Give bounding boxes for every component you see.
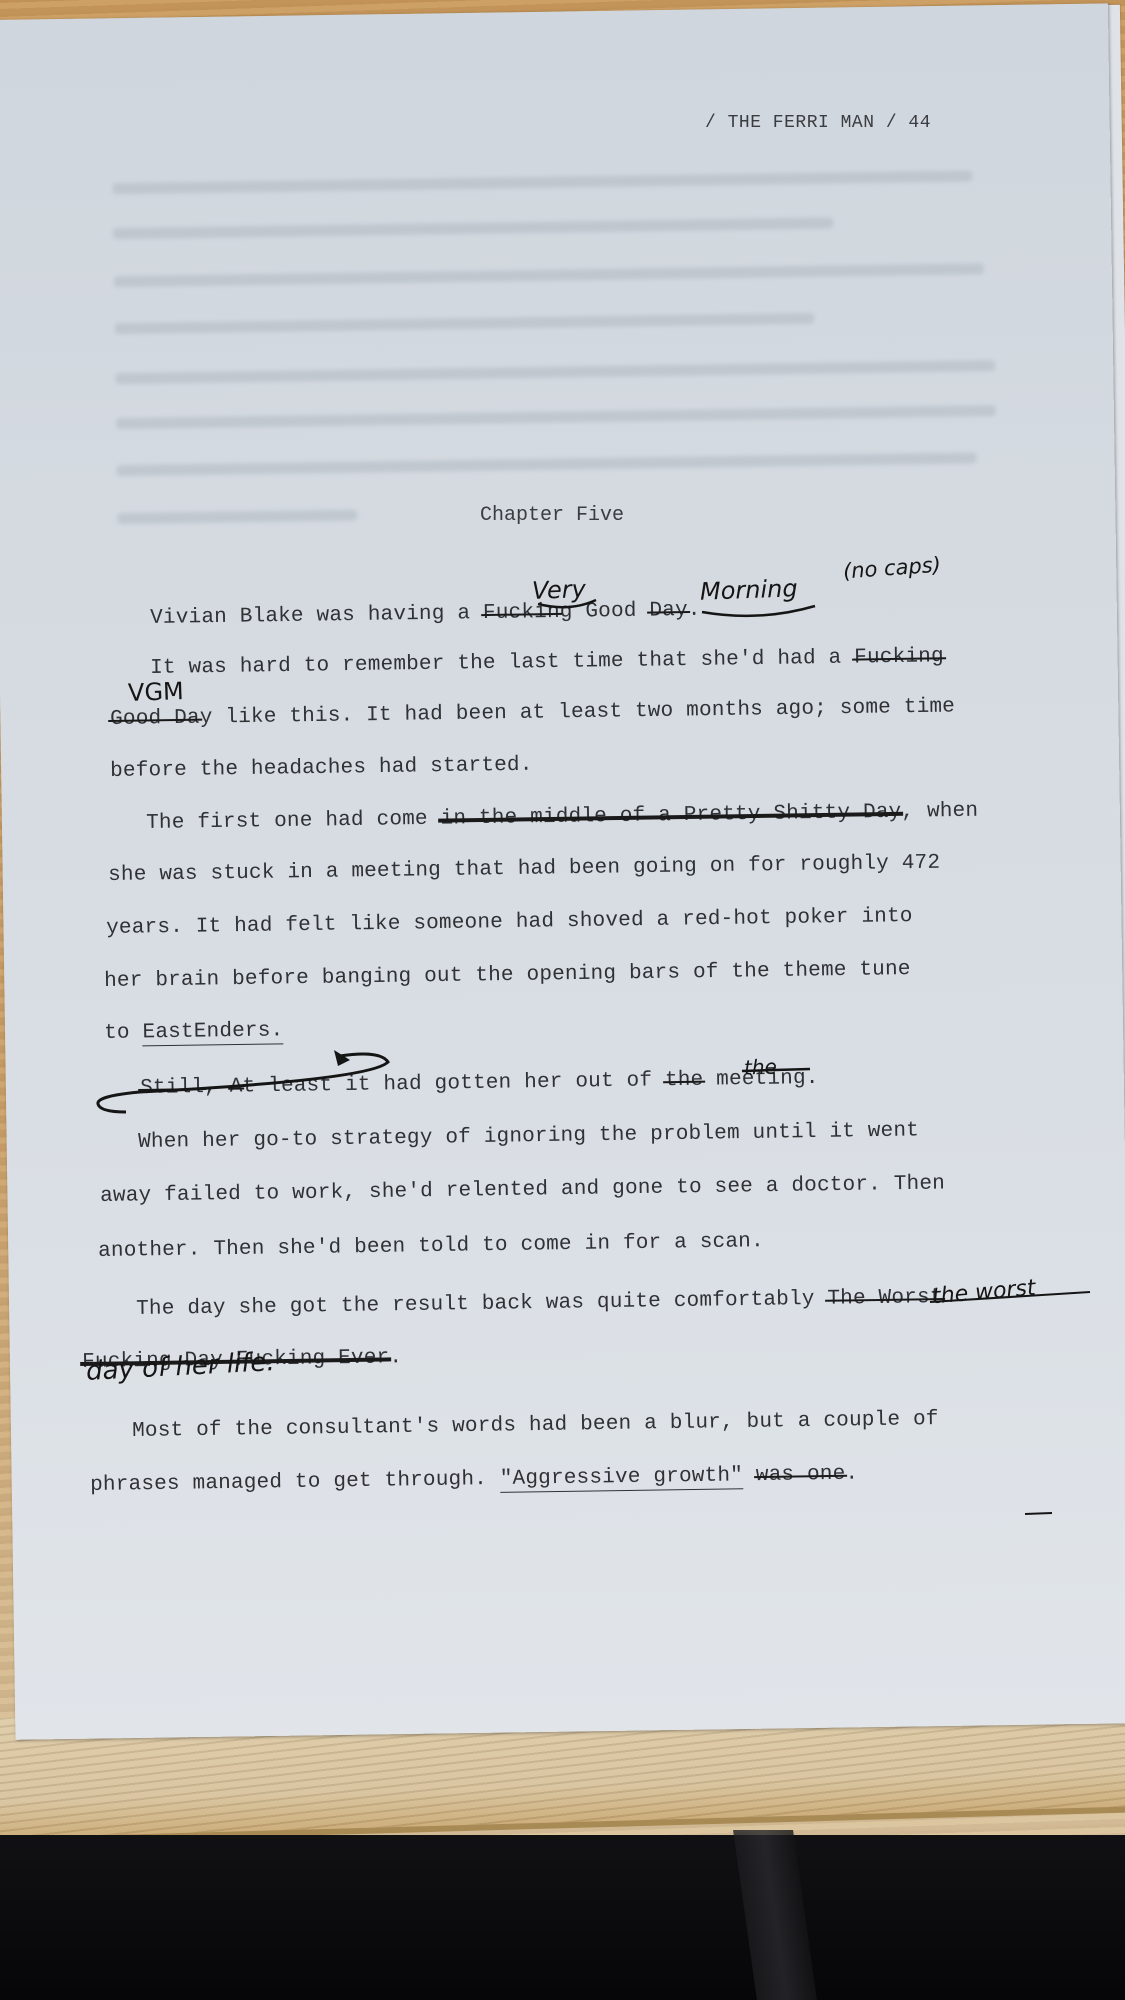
text-segment: , xyxy=(204,1076,230,1099)
text-segment: The first one had come xyxy=(146,808,441,835)
text-segment: Vivian Blake was having a xyxy=(150,602,483,630)
struck-text: The Worst xyxy=(827,1286,943,1311)
struck-text: Day xyxy=(649,599,688,623)
bleed-through xyxy=(116,405,996,429)
struck-text: Good Da xyxy=(110,707,200,731)
struck-text: the xyxy=(665,1069,704,1093)
text-segment: , when xyxy=(901,800,978,824)
bleed-through xyxy=(112,170,972,194)
handwritten-vgm: VGM xyxy=(128,677,185,707)
chapter-title: Chapter Five xyxy=(480,504,624,527)
struck-text: Fuckin xyxy=(483,601,560,625)
bleed-through xyxy=(115,313,815,334)
bleed-through xyxy=(117,510,357,525)
handwritten-morning: Morning xyxy=(700,574,799,605)
struck-text: A xyxy=(230,1075,243,1098)
dark-background xyxy=(0,1835,1125,2000)
text-segment: to xyxy=(104,1021,143,1045)
bleed-through xyxy=(117,452,977,476)
running-head: / THE FERRI MAN / 44 xyxy=(705,113,931,133)
struck-text: was one xyxy=(756,1463,846,1487)
bleed-through xyxy=(113,218,833,240)
struck-text: Fucking xyxy=(854,645,944,669)
struck-text: Still xyxy=(140,1076,204,1100)
underlined-text: "Aggressive growth" xyxy=(500,1464,744,1493)
bleed-through xyxy=(115,360,995,384)
handwritten-the-insert: the xyxy=(744,1054,778,1079)
text-line: to EastEnders. xyxy=(104,1019,284,1045)
handwritten-very: Very xyxy=(532,575,587,605)
bleed-through xyxy=(114,263,984,287)
underlined-text: EastEnders. xyxy=(142,1019,283,1046)
